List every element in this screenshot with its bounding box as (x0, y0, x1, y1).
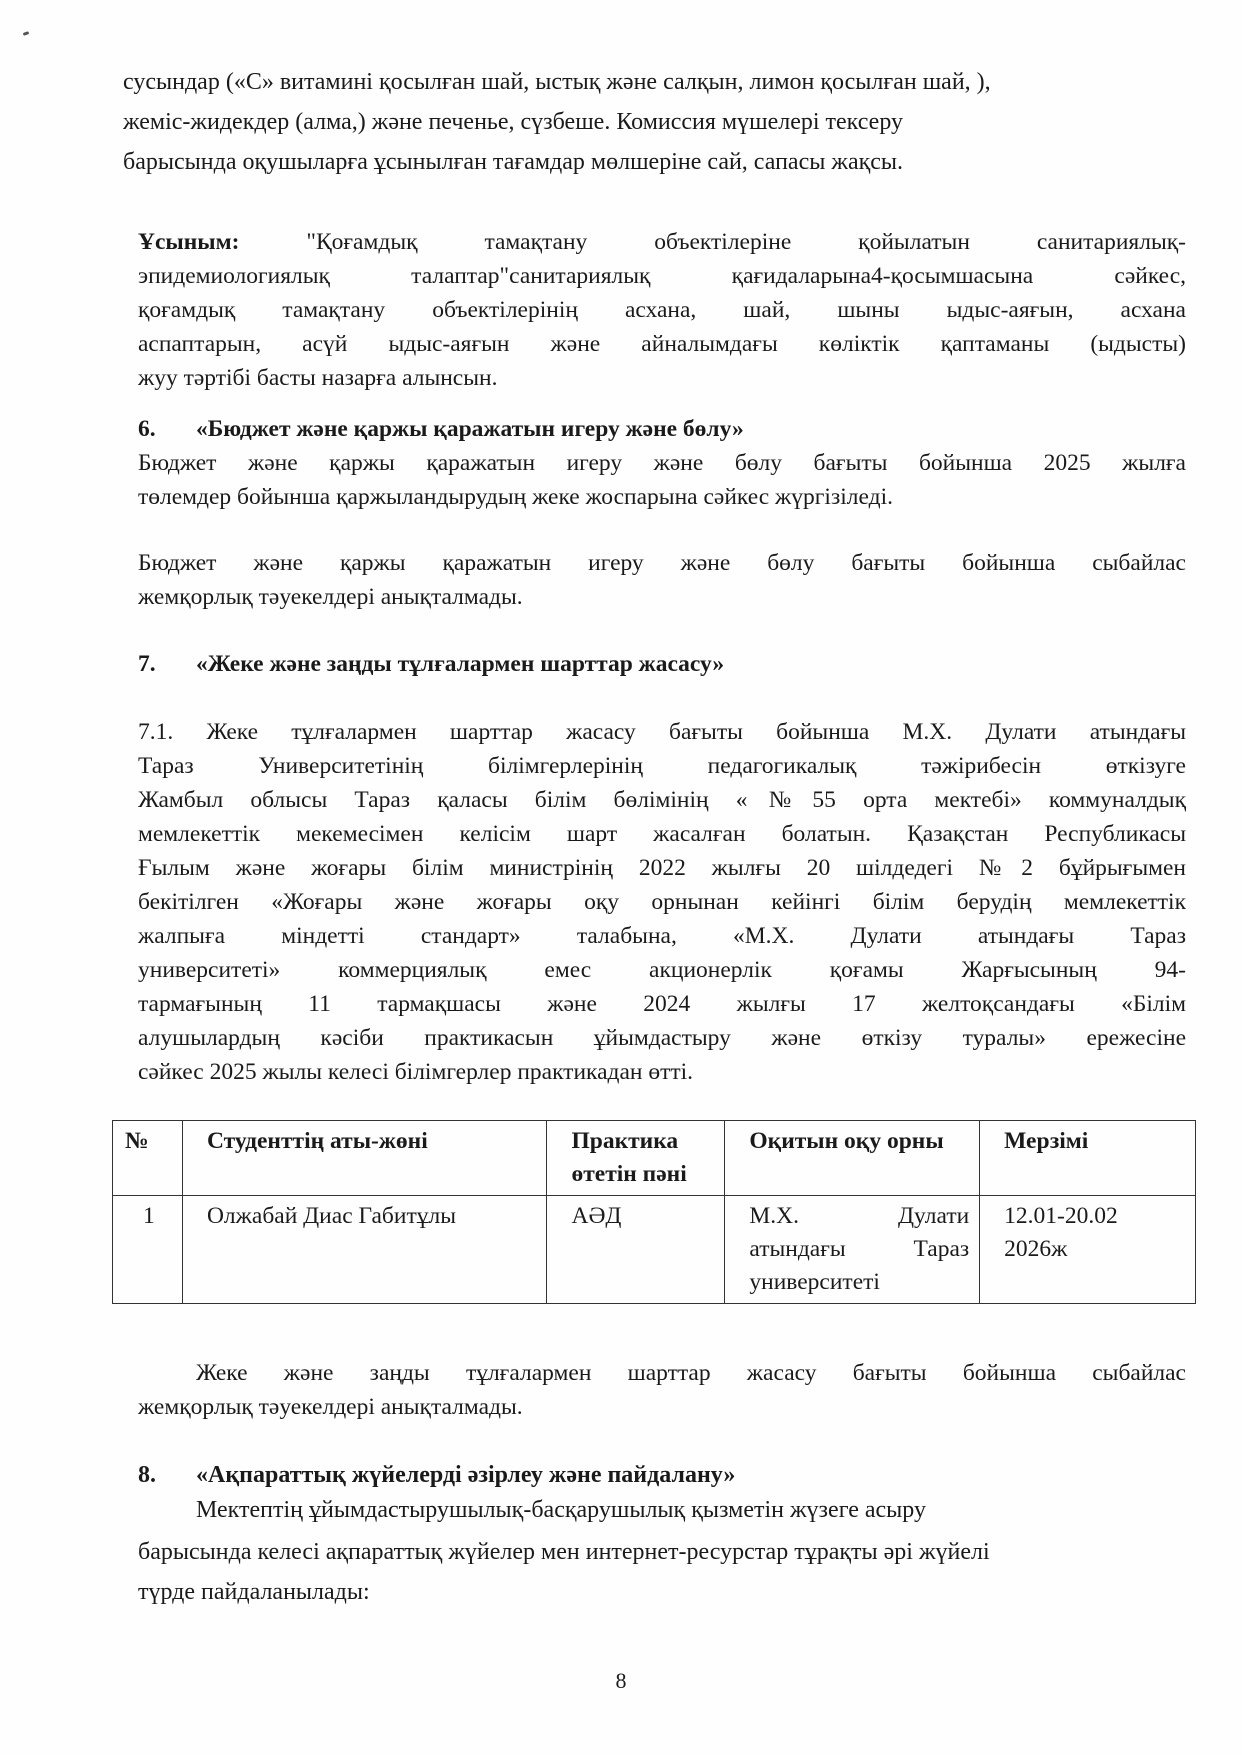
text-line: университеті» коммерциялық емес акционер… (138, 953, 1186, 987)
text-line: жеміс-жидекдер (алма,) және печенье, сүз… (123, 102, 1183, 142)
column-header-number: № (113, 1121, 183, 1196)
text-line: жалпыға міндетті стандарт» талабына, «М.… (138, 919, 1186, 953)
text-line: Бюджет және қаржы қаражатын игеру және б… (138, 446, 1186, 480)
section-7: 7.«Жеке және заңды тұлғалармен шарттар ж… (138, 647, 1186, 1089)
section-heading: 7.«Жеке және заңды тұлғалармен шарттар ж… (138, 647, 1186, 681)
text-line: жуу тәртібі басты назарға алынсын. (138, 361, 1186, 395)
column-header-period: Мерзімі (980, 1121, 1196, 1196)
section-7-conclusion: Жеке және заңды тұлғалармен шарттар жаса… (138, 1356, 1186, 1424)
column-header-institution: Оқитын оқу орны (725, 1121, 980, 1196)
recommendation-paragraph: Ұсыным: "Қоғамдық тамақтану объектілерін… (138, 225, 1186, 395)
section-heading: 8.«Ақпараттық жүйелерді әзірлеу және пай… (138, 1458, 1198, 1492)
text-line: Бюджет және қаржы қаражатын игеру және б… (138, 546, 1186, 580)
text-line: қоғамдық тамақтану объектілерінің асхана… (138, 293, 1186, 327)
text-line: сусындар («С» витамині қосылған шай, ыст… (123, 62, 1183, 102)
text-line: Тараз Университетінің білімгерлерінің пе… (138, 749, 1186, 783)
cell-institution: М.Х. Дулати атындағы Тараз университеті (725, 1196, 980, 1304)
column-header-student-name: Студенттің аты-жөні (182, 1121, 547, 1196)
text-line: Ғылым және жоғары білім министрінің 2022… (138, 851, 1186, 885)
intro-paragraph: сусындар («С» витамині қосылған шай, ыст… (123, 62, 1183, 182)
text-line: тармағының 11 тармақшасы және 2024 жылғы… (138, 987, 1186, 1021)
column-header-practice-subject: Практика өтетін пәні (547, 1121, 725, 1196)
text-line: мемлекеттік мекемесімен келісім шарт жас… (138, 817, 1186, 851)
section-title: «Жеке және заңды тұлғалармен шарттар жас… (196, 651, 724, 677)
text-line: алушылардың кәсіби практикасын ұйымдасты… (138, 1021, 1186, 1055)
text-line: 7.1. Жеке тұлғалармен шарттар жасасу бағ… (138, 715, 1186, 749)
section-6: 6.«Бюджет және қаржы қаражатын игеру жән… (138, 412, 1186, 614)
text-line: жемқорлық тәуекелдері анықталмады. (138, 580, 1186, 614)
text-line: Мектептің ұйымдастырушылық-басқарушылық … (138, 1492, 1198, 1532)
text-line: Жамбыл облысы Тараз қаласы білім бөлімін… (138, 783, 1186, 817)
text-line: түрде пайдаланылады: (138, 1572, 1198, 1612)
text-line: бекітілген «Жоғары және жоғары оқу орнын… (138, 885, 1186, 919)
text-line: барысында оқушыларға ұсынылған тағамдар … (123, 142, 1183, 182)
text-line: жемқорлық тәуекелдері анықталмады. (138, 1390, 1186, 1424)
text-line: эпидемиологиялық талаптар"санитариялық қ… (138, 259, 1186, 293)
cell-number: 1 (113, 1196, 183, 1304)
cell-period: 12.01-20.02 2026ж (980, 1196, 1196, 1304)
text-line: барысында келесі ақпараттық жүйелер мен … (138, 1532, 1198, 1572)
text-line: төлемдер бойынша қаржыландырудың жеке жо… (138, 480, 1186, 514)
students-table: № Студенттің аты-жөні Практика өтетін пә… (112, 1120, 1196, 1304)
text-line: Жеке және заңды тұлғалармен шарттар жаса… (138, 1356, 1186, 1390)
cell-student-name: Олжабай Диас Габитұлы (182, 1196, 547, 1304)
table-header-row: № Студенттің аты-жөні Практика өтетін пә… (113, 1121, 1196, 1196)
text-line: Ұсыным: "Қоғамдық тамақтану объектілерін… (138, 225, 1186, 259)
section-title: «Бюджет және қаржы қаражатын игеру және … (196, 416, 744, 442)
text-line: сәйкес 2025 жылы келесі білімгерлер прак… (138, 1055, 1186, 1089)
page-number: 8 (0, 1668, 1242, 1694)
section-heading: 6.«Бюджет және қаржы қаражатын игеру жән… (138, 412, 1186, 446)
cell-practice-subject: АӘД (547, 1196, 725, 1304)
document-page: сусындар («С» витамині қосылған шай, ыст… (0, 0, 1242, 1755)
table-row: 1 Олжабай Диас Габитұлы АӘД М.Х. Дулати … (113, 1196, 1196, 1304)
scan-speck (23, 31, 30, 36)
section-title: «Ақпараттық жүйелерді әзірлеу және пайда… (196, 1462, 735, 1488)
recommendation-label: Ұсыным: (138, 229, 239, 255)
section-8: 8.«Ақпараттық жүйелерді әзірлеу және пай… (138, 1458, 1198, 1612)
text-line: аспаптарын, асүй ыдыс-аяғын және айналым… (138, 327, 1186, 361)
